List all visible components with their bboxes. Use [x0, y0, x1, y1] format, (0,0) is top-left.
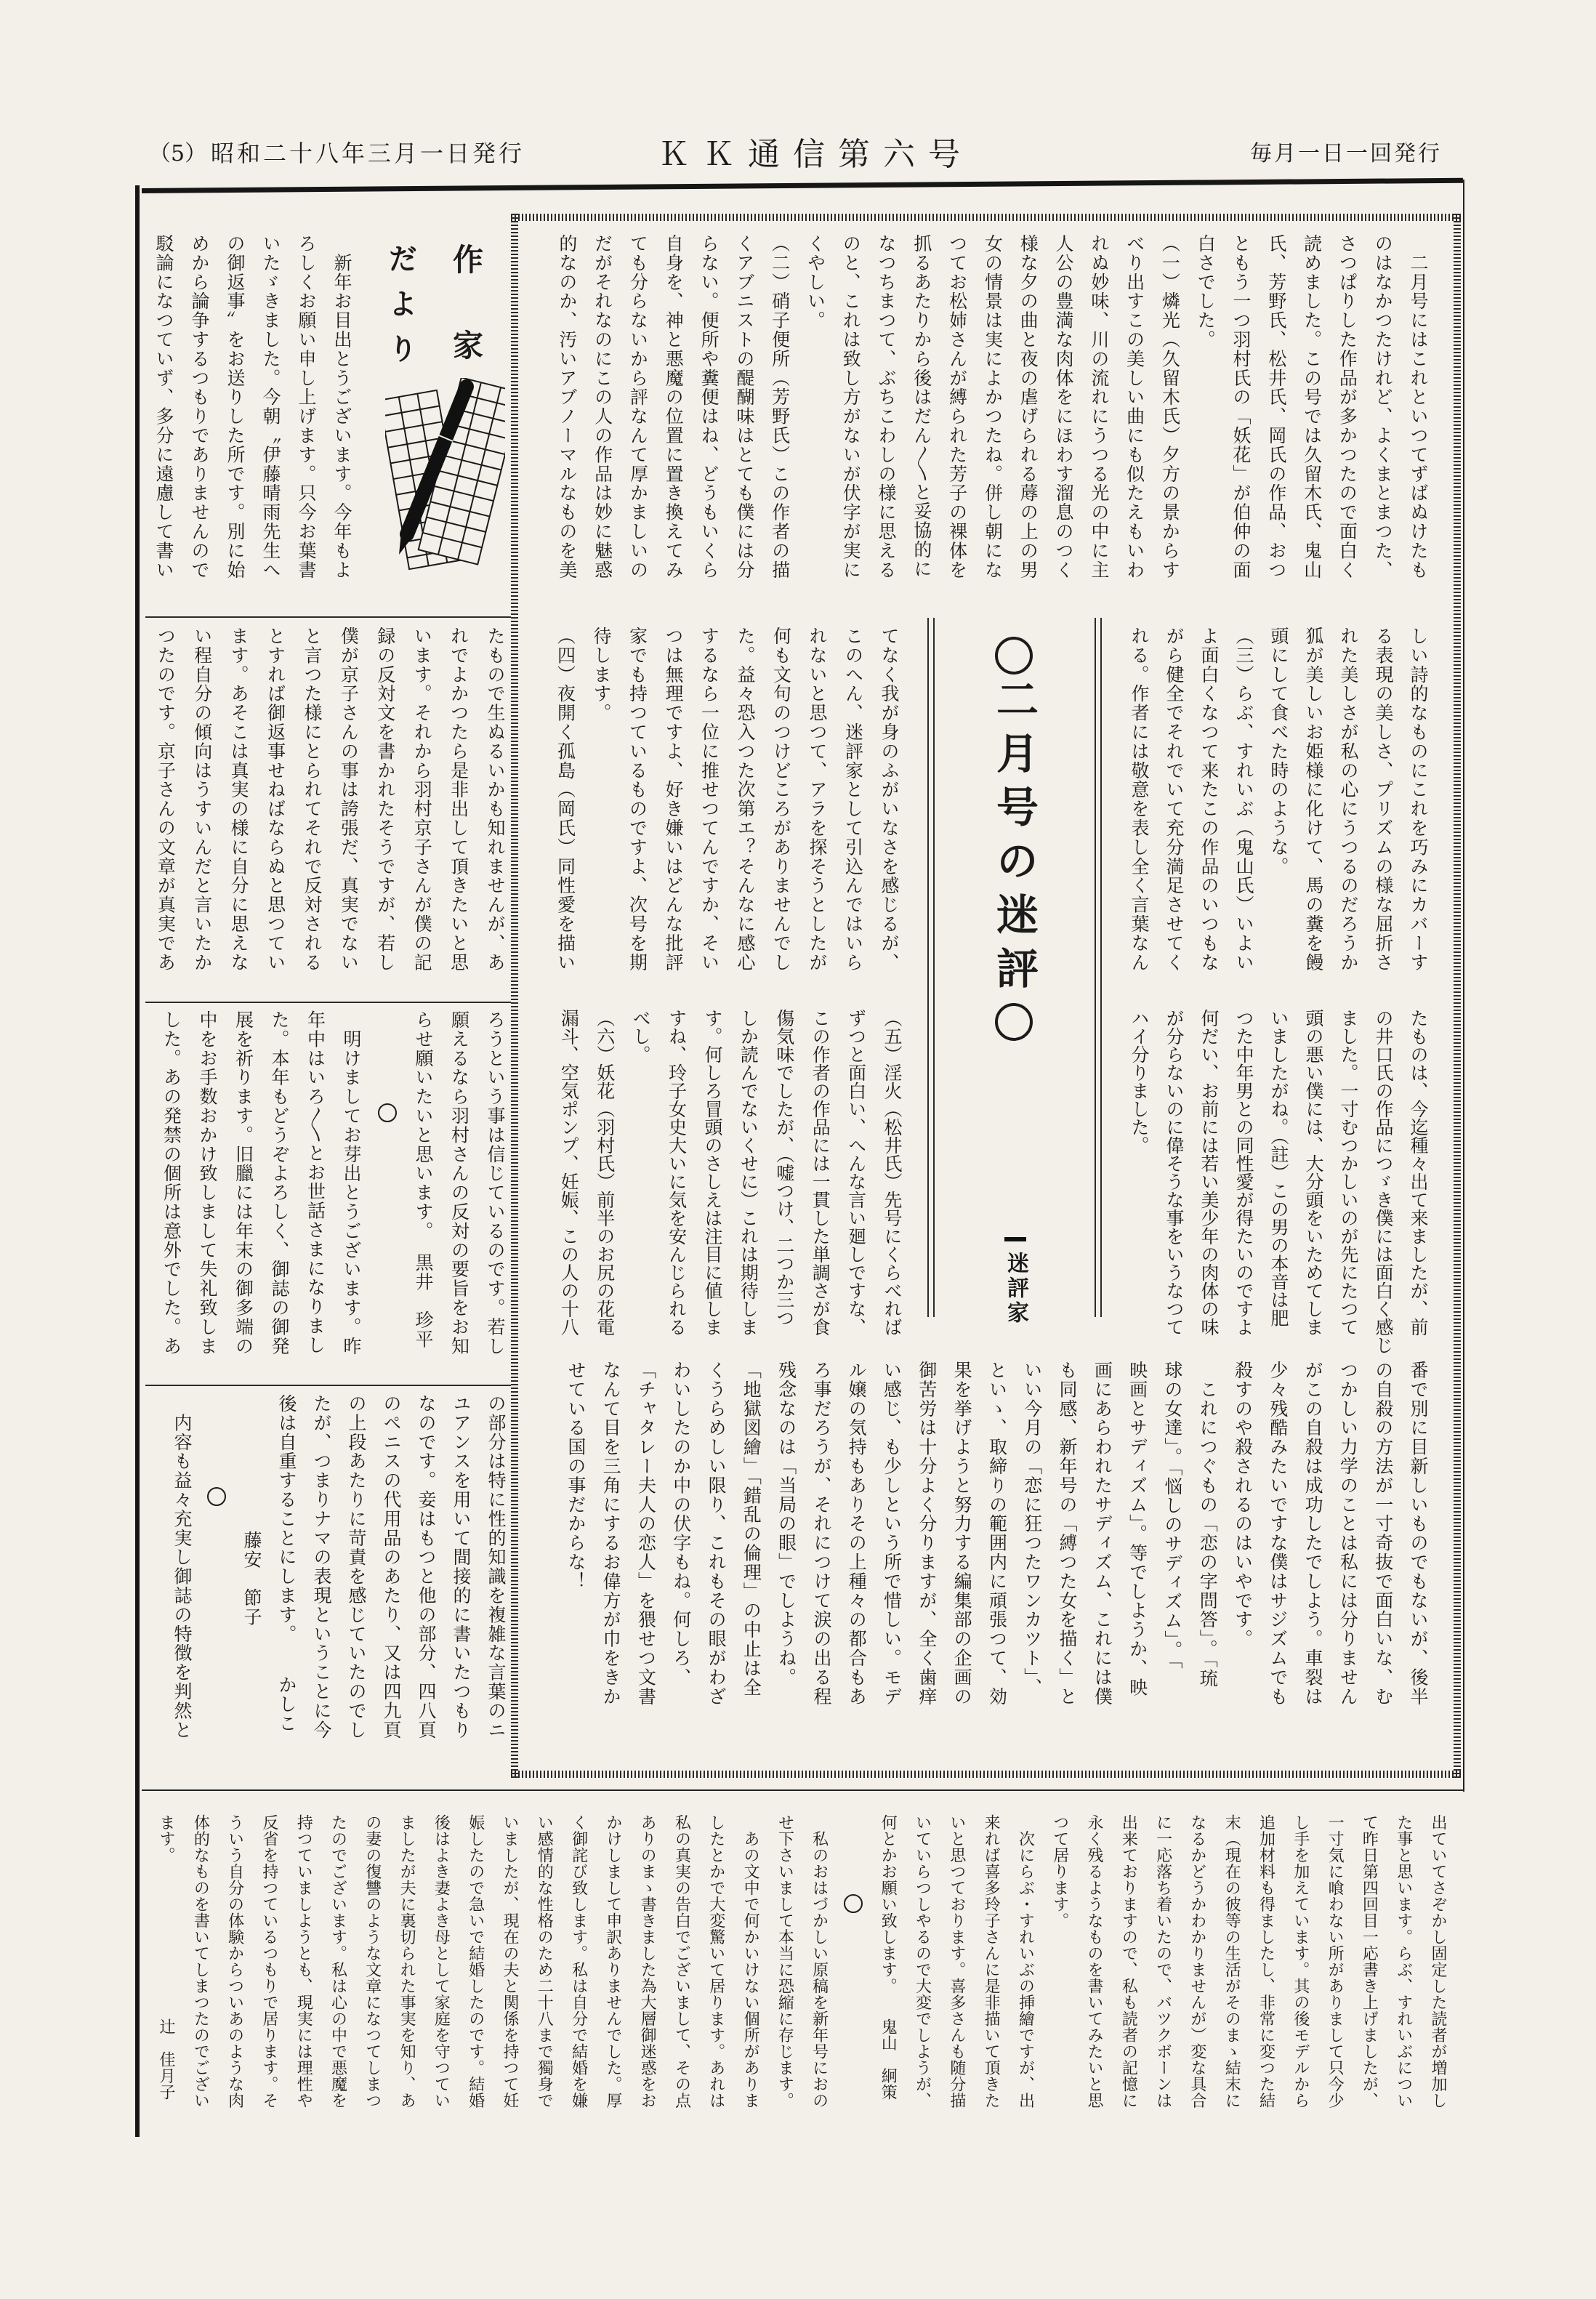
text-line: す。何しろ冒頭のさしえは注目に値しま [695, 1009, 730, 1336]
text-line: つは無理ですよ、好き嫌いはどんな批評 [656, 627, 692, 974]
section-divider [145, 1385, 511, 1386]
text-line: べし。 [623, 1009, 658, 1336]
review-tier-2-right: しい詩的なものにこれを巧みにカバーす る表現の美しさ、プリズムの様な屈折さ れた… [1121, 627, 1435, 974]
text-line: 出来ておりますので、私も読者の記憶に [1111, 1814, 1145, 2109]
text-line: 殺すのや殺されるのはいやです。 [1225, 1361, 1260, 1708]
text-line: （二）硝子便所（芳野氏）この作者の描 [762, 234, 797, 581]
text-line: がら健全でそれでいて充分満足させてく [1156, 627, 1191, 974]
text-line: 何も文句のつけどころがありませんでし [763, 627, 799, 974]
box-border-right [1454, 214, 1461, 1778]
title-box-rule [1100, 618, 1102, 1317]
text-line: 私のおはづかしい原稿を新年号におの [802, 1814, 836, 2109]
text-line: れないと思つて、アラを探そうとしたが [799, 627, 836, 974]
signature: 鬼山 絅策 [871, 2018, 905, 2109]
text-line: 傷気味でしたが、（嘘つけ、二つか三つ [766, 1009, 802, 1336]
text-line: ろ事だろうが、それにつけて涙の出る程 [804, 1361, 839, 1708]
text-line: 私の真実の告白でございまして、その点 [664, 1814, 698, 2109]
circle-separator-icon: 〇 [207, 1487, 226, 1506]
text-line: 抓るあたりから後はだん〳〵と妥協的に [903, 234, 939, 581]
text-line: ずつと面白い、へんな言い廻しですな、 [838, 1009, 874, 1336]
text-line: い感じ、も少しという所で惜しい。モデ [874, 1361, 908, 1708]
text-line: 漏斗、空気ポンプ、妊娠、この人の十八 [551, 1009, 587, 1336]
text-line: わいしたのか中の伏字もね。何しろ、 [663, 1361, 698, 1708]
text-line: ろうという事は信じているのです。若し [477, 1010, 514, 1358]
letters-bottom-tier: 出ていてさぞかし固定した読者が増加し た事と思います。らぶ、すれいぶについ て昨… [149, 1814, 1455, 2109]
text-line: 人公の豊満な肉体をにほわす溜息のつく [1045, 234, 1081, 581]
text-line: が分らないのに偉そうな事をいうなつて [1156, 1009, 1191, 1336]
text-line: の妻の復讐のような文章になつてしまつ [355, 1814, 390, 2109]
text-line: た。益々恐入つた次第エ？そんなに感心 [728, 627, 764, 974]
text-line: くうらめしい限り、これもその眼がわざ [698, 1361, 733, 1708]
circle-separator-icon: 〇 [844, 1894, 863, 1913]
text-line: くやしい。 [797, 234, 833, 581]
box-border-top [511, 214, 1461, 221]
text-line: たもので生ぬるいかも知れませんが、あ [477, 627, 513, 974]
text-line: （五）淫火（松井氏）先号にくらべれば [874, 1009, 910, 1336]
text-line: 的なのか、汚いアブノーマルなものを美 [549, 234, 584, 581]
title-circle-mark: 〇 [995, 637, 1033, 675]
text-line: たのでございます。私は心の中で悪魔を [321, 1814, 355, 2109]
page-frame-right [1463, 180, 1464, 1792]
text-line: かけしまして申訳ありませんでした。厚 [596, 1814, 630, 2109]
text-line: 新年お目出とうございます。今年もよ [324, 234, 360, 581]
text-line: この作者の作品には一貫した単調さが食 [802, 1009, 838, 1336]
letters-tier-2: たもので生ぬるいかも知れませんが、あ れでよかつたら是非出して頂きたいと思 いま… [147, 627, 513, 974]
text-line: 頭の悪い僕には、大分頭をいためてしま [1296, 1009, 1331, 1336]
text-line: 永く残るようなものを書いてみたいと思 [1077, 1814, 1111, 2109]
text-line: 読めました。この号では久留木氏、鬼山 [1294, 234, 1329, 581]
text-line: 出ていてさぞかし固定した読者が増加し [1421, 1814, 1455, 2109]
signature: 黒井 珍平 [406, 1253, 442, 1358]
text-line: 頭にして食べた時のような。 [1261, 627, 1296, 974]
text-line: ても分らないから評なんて厚かましいの [620, 234, 656, 581]
text-line: よ面白くなつて来たこの作品のいつもな [1191, 627, 1226, 974]
text-line: らない。便所や糞便はね、どうもいくら [690, 234, 726, 581]
text-line: このへん、迷評家として引込んではいら [835, 627, 871, 974]
text-line: 映画とサディズム」。等でしようか、映 [1119, 1361, 1154, 1708]
text-line: 自身を、神と悪魔の位置に置き換えてみ [655, 234, 690, 581]
title-circle-mark: 〇 [995, 1003, 1033, 1041]
text-line: せている国の事だからな！ [558, 1361, 593, 1708]
signature: 藤安 節子 [234, 1394, 269, 1742]
text-line: 何とかお願い致します。 鬼山 絅策 [871, 1814, 905, 2109]
text-line: 残念なのは「当局の眼」でしようね。 [768, 1361, 803, 1708]
text-line: めから論争するつもりでありませんので [182, 234, 217, 581]
text-line: ます。 辻 佳月子 [149, 1814, 183, 2109]
text-line: さつぱりした作品が多かつたので面白く [1329, 234, 1365, 581]
text-line: ハイ分りました。 [1121, 1009, 1156, 1336]
text-line: 二月号にはこれといつてずばぬけたも [1400, 234, 1435, 581]
text-line: しか読んでないくせに）これは期待しま [730, 1009, 766, 1336]
text-line: 何だい、お前には若い美少年の肉体の味 [1191, 1009, 1226, 1336]
text-line: い感情的な性格のため二十八まで獨身で [527, 1814, 561, 2109]
text-line: 球の女達」。「悩しのサディズム」。「 [1155, 1361, 1190, 1708]
review-tier-4: 番で別に目新しいものでもないが、後半 の自殺の方法が一寸奇抜で面白いな、む つか… [558, 1361, 1435, 1708]
text-line: 録の反対文を書かれたそうですが、若し [366, 627, 403, 974]
text-line: たが、つまりナマの表現ということに今 [304, 1394, 339, 1742]
title-box-rule [927, 618, 929, 1317]
page-number: （5） [149, 135, 206, 167]
text-line: 家でも持つているものですよ、次号を期 [619, 627, 656, 974]
text-line: いい今月の「恋に狂つたワンカツト」、 [1014, 1361, 1049, 1708]
letters-tier-1: 新年お目出とうございます。今年もよ ろしくお願い申し上げます。只今お葉書 いたゞ… [146, 234, 360, 581]
text-line: （一）燐光（久留木氏）夕方の景からす [1152, 234, 1188, 581]
text-line: る表現の美しさ、プリズムの様な屈折さ [1366, 627, 1400, 974]
line-text: らせ願いたいと思います。 [406, 1010, 442, 1241]
text-line: した。あの発禁の個所は意外でした。あ [153, 1010, 190, 1358]
text-line: （六）妖花（羽村氏）前半のお尻の花電 [587, 1009, 622, 1336]
review-tier-2-left: てなく我が身のふがいなさを感じるが、 このへん、迷評家として引込んではいら れな… [547, 627, 907, 974]
text-line: 反省を持つているつもりで居ります。そ [252, 1814, 286, 2109]
text-line: いましたがね。（註）この男の本音は肥 [1261, 1009, 1296, 1336]
text-line: つてお松姉さんが縛られた芳子の裸体を [939, 234, 975, 581]
signature: 辻 佳月子 [149, 2018, 183, 2109]
text-line: に一応落ち着いたので、バツクボーンは [1145, 1814, 1180, 2109]
title-box-rule [1095, 618, 1096, 1317]
text-line: といゝ、取締りの範囲内に頑張つて、効 [979, 1361, 1014, 1708]
text-line: 願えるなら羽村さんの反対の要旨をお知 [441, 1010, 477, 1358]
text-line: と言つた様にとられてそれで反対される [294, 627, 330, 974]
text-line: 体的なものを書いてしまつたのでござい [183, 1814, 217, 2109]
text-line: しい詩的なものにこれを巧みにカバーす [1400, 627, 1435, 974]
text-line: 明けましてお芽出とうございます。昨 [334, 1010, 370, 1358]
text-line: 「地獄図繪」「錯乱の倫理」の中止は全 [733, 1361, 768, 1708]
text-line: 白さでした。 [1187, 234, 1222, 581]
section-divider [142, 1789, 1464, 1791]
text-line: れた美しさが私の心にうつるのだろうか [1331, 627, 1366, 974]
text-line: らせ願いたいと思います。 黒井 珍平 [406, 1010, 442, 1358]
text-line: たものは、今迄種々出て来ましたが、前 [1400, 1009, 1435, 1336]
newsletter-title: ＫＫ通信第六号 [658, 128, 973, 174]
text-line: 「チャタレー夫人の恋人」を猥せつ文書 [628, 1361, 663, 1708]
text-line: つた中年男との同性愛が得たいのですよ [1226, 1009, 1261, 1336]
text-line: つたのです。京子さんの文章が真実であ [147, 627, 183, 974]
text-line: 後はよき妻よき母として家庭を守つてい [424, 1814, 458, 2109]
text-line: れでよかつたら是非出して頂きたいと思 [440, 627, 476, 974]
text-line: あの文中で何かいけない個所がありま [733, 1814, 767, 2109]
text-line: いと思つております。喜多さんも随分描 [940, 1814, 974, 2109]
text-line: てなく我が身のふがいなさを感じるが、 [871, 627, 908, 974]
separator-line: 〇 [837, 1814, 871, 2109]
text-line: 末（現在の彼等の生活がそのまゝ結末に [1214, 1814, 1249, 2109]
text-line: 女の情景は実によかつたね。併し朝にな [975, 234, 1010, 581]
text-line: するなら一位に推せつてんですか、そい [691, 627, 728, 974]
text-line: これにつぐもの「恋の字問答」。「琉 [1190, 1361, 1225, 1708]
text-line: く御詫び致します。私は自分で結婚を嫌 [561, 1814, 595, 2109]
text-line: れる。作者には敬意を表し全く言葉なん [1121, 627, 1156, 974]
issue-date: 昭和二十八年三月一日発行 [211, 135, 525, 169]
text-line: います。それから羽村京子さんが僕の記 [403, 627, 440, 974]
text-line: 少々残酷みたいですな僕はサジズムでも [1260, 1361, 1295, 1708]
text-line: 画にあらわれたサディズム、これには僕 [1084, 1361, 1119, 1708]
text-line: 展を祈ります。旧臘には年末の御多端の [225, 1010, 262, 1358]
text-line: のペニスの代用品のあたり、又は四九頁 [374, 1394, 408, 1742]
text-line: ともう一つ羽村氏の「妖花」が伯仲の面 [1222, 234, 1258, 581]
text-line: なんて目を三角にするお偉方が巾をきか [593, 1361, 628, 1708]
text-line: 来れば喜多玲子さんに是非描いて頂きた [974, 1814, 1008, 2109]
text-line: 果を挙げようと努力する編集部の企画の [944, 1361, 979, 1708]
text-line: 御苦労は十分よく分りますが、全く歯痒 [909, 1361, 944, 1708]
line-text: 何とかお願い致します。 [871, 1814, 905, 1994]
section-divider [145, 616, 511, 618]
text-line: 後は自重することにします。 かしこ [269, 1394, 304, 1742]
text-line: のと、これは致し方がないが伏字が実に [832, 234, 868, 581]
text-line: の御返事〟をお送りした所です。別に始 [217, 234, 253, 581]
section-heading: だより [385, 243, 416, 379]
review-tier-3-left: （五）淫火（松井氏）先号にくらべれば ずつと面白い、へんな言い廻しですな、 この… [551, 1009, 910, 1336]
text-line: くアブニストの醍醐味はとても僕には分 [726, 234, 762, 581]
text-line: いたゞきました。今朝〝伊藤晴雨先生へ [253, 234, 289, 581]
text-line: 狐が美しいお姫様に化けて、馬の糞を饅 [1296, 627, 1331, 974]
line-text: ます。 [149, 1814, 183, 1864]
text-line: すね、玲子女史大いに気を安んじられる [658, 1009, 694, 1336]
review-author: 迷評家 [1003, 1252, 1028, 1326]
text-line: なのです。妾はもつと他の部分、四八頁 [408, 1394, 443, 1742]
text-line: とすれば御返事せねばならぬと思つてい [257, 627, 293, 974]
section-divider [145, 1002, 511, 1003]
text-line: 内容も益々充実し御誌の特徴を判然と [164, 1394, 199, 1742]
review-title: 〇二月号の迷評〇 [988, 634, 1039, 1044]
text-line: た事と思います。らぶ、すれいぶについ [1386, 1814, 1420, 2109]
box-border-bottom [511, 1771, 1461, 1778]
text-line: 待します。 [584, 627, 620, 974]
closing-word: かしこ [269, 1675, 304, 1742]
text-line: だがそれなのにこの人の作品は妙に魅惑 [584, 234, 620, 581]
text-line: 追加材料も得ましたし、非常に変つた結 [1249, 1814, 1283, 2109]
text-line: （三）らぶ、すれいぶ（鬼山氏）いよい [1226, 627, 1261, 974]
text-line: （四）夜開く孤島（岡氏）同性愛を描い [547, 627, 584, 974]
text-line: 様な夕の曲と夜の虐げられる蓐の上の男 [1009, 234, 1045, 581]
letters-tier-3: ろうという事は信じているのです。若し 願えるなら羽村さんの反対の要旨をお知 らせ… [153, 1010, 513, 1358]
text-line: ユアンスを用いて間接的に書いたつもり [443, 1394, 478, 1742]
header-rule [142, 178, 1463, 193]
text-line: つかしい力学のことは私には分りません [1330, 1361, 1365, 1708]
text-line: れぬ妙味、川の流れにうつる光の中に主 [1081, 234, 1116, 581]
text-line: ました。一寸むつかしいのが先にたつて [1331, 1009, 1366, 1336]
text-line: の自殺の方法が一寸奇抜で面白いな、む [1365, 1361, 1400, 1708]
text-line: ます。あそこは真実の様に自分に思えな [220, 627, 257, 974]
text-line: せ下さいまして本当に恐縮に存じます。 [767, 1814, 802, 2109]
text-line: て昨日第四回目一応書き上げましたが、 [1352, 1814, 1386, 2109]
text-line: なるかどうかわかりませんが）変な具合 [1180, 1814, 1214, 2109]
text-line: 持つていましようとも、現実には理性や [286, 1814, 321, 2109]
page-frame-left [135, 185, 140, 2137]
text-line: も同感、新年号の「縛つた女を描く」と [1049, 1361, 1084, 1708]
text-line: の井口氏の作品につゞき僕には面白く感じ [1366, 1009, 1400, 1336]
text-line: 次にらぶ・すれいぶの挿繪ですが、出 [1008, 1814, 1042, 2109]
separator-line: 〇 [199, 1394, 234, 1742]
text-line: い程自分の傾向はうすいんだと言いたか [183, 627, 219, 974]
text-line: 年中はいろ〳〵とお世話さまになりまし [297, 1010, 334, 1358]
text-line: 番で別に目新しいものでもないが、後半 [1400, 1361, 1435, 1708]
text-line: ういう自分の体験からついあのような肉 [217, 1814, 251, 2109]
text-line: た。本年もどうぞよろしく、御誌の御発 [262, 1010, 298, 1358]
text-line: ろしくお願い申し上げます。只今お葉書 [289, 234, 324, 581]
text-line: ル嬢の気持もありその上種々の都合もあ [839, 1361, 874, 1708]
text-line: の部分は特に性的知識を複雑な言葉のニ [478, 1394, 513, 1742]
title-box-rule [933, 618, 935, 1317]
letters-tier-4: の部分は特に性的知識を複雑な言葉のニ ユアンスを用いて間接的に書いたつもり なの… [164, 1394, 513, 1742]
publication-frequency: 毎月一日一回発行 [1250, 135, 1442, 167]
line-text: 後は自重することにします。 [269, 1394, 304, 1643]
text-line: 娠したので急いで結婚したのです。結婚 [458, 1814, 492, 2109]
text-line: いていらつしやるので大変でしようが、 [905, 1814, 939, 2109]
text-line: べり出すこの美しい曲にも似たえもいわ [1116, 234, 1152, 581]
text-line: いましたが、現在の夫と関係を持つて妊 [493, 1814, 527, 2109]
text-line: 僕が京子さんの事は誇張だ、真実でない [330, 627, 366, 974]
text-line: し手を加えています。其の後モデルから [1283, 1814, 1318, 2109]
text-line: ありのまゝ書きました為大層御迷惑をお [630, 1814, 664, 2109]
text-line: 中をお手数おかけ致しまして失礼致しま [190, 1010, 226, 1358]
text-line: 駁論になつていず、多分に遠慮して書い [146, 234, 182, 581]
text-line: つて居ります。 [1042, 1814, 1076, 2109]
text-line: 一寸気に喰わない所がありまして只今少 [1318, 1814, 1352, 2109]
pen-and-manuscript-icon [385, 378, 505, 571]
text-line: 氏、芳野氏、松井氏、岡氏の作品、おつ [1258, 234, 1294, 581]
separator-line: 〇 [369, 1010, 406, 1358]
review-tier-1: 二月号にはこれといつてずばぬけたも のはなかつたけれど、よくまとまつた、 さつぱ… [549, 234, 1435, 581]
text-line: ましたが夫に裏切られた事実を知り、あ [390, 1814, 424, 2109]
text-line: のはなかつたけれど、よくまとまつた、 [1364, 234, 1400, 581]
text-line: したとかで大変驚いて居ります。あれは [698, 1814, 733, 2109]
review-title-text: 二月号の迷評 [989, 677, 1039, 1000]
byline-dash [1004, 1237, 1026, 1241]
circle-separator-icon: 〇 [378, 1103, 397, 1122]
text-line: の上段あたりに苛責を感じていたのでし [339, 1394, 374, 1742]
review-tier-3-right: たものは、今迄種々出て来ましたが、前 の井口氏の作品につゞき僕には面白く感じ ま… [1121, 1009, 1435, 1336]
text-line: なつちまつて、ぶちこわしの様に思える [868, 234, 903, 581]
text-line: がこの自殺は成功したでしよう。車裂は [1295, 1361, 1330, 1708]
